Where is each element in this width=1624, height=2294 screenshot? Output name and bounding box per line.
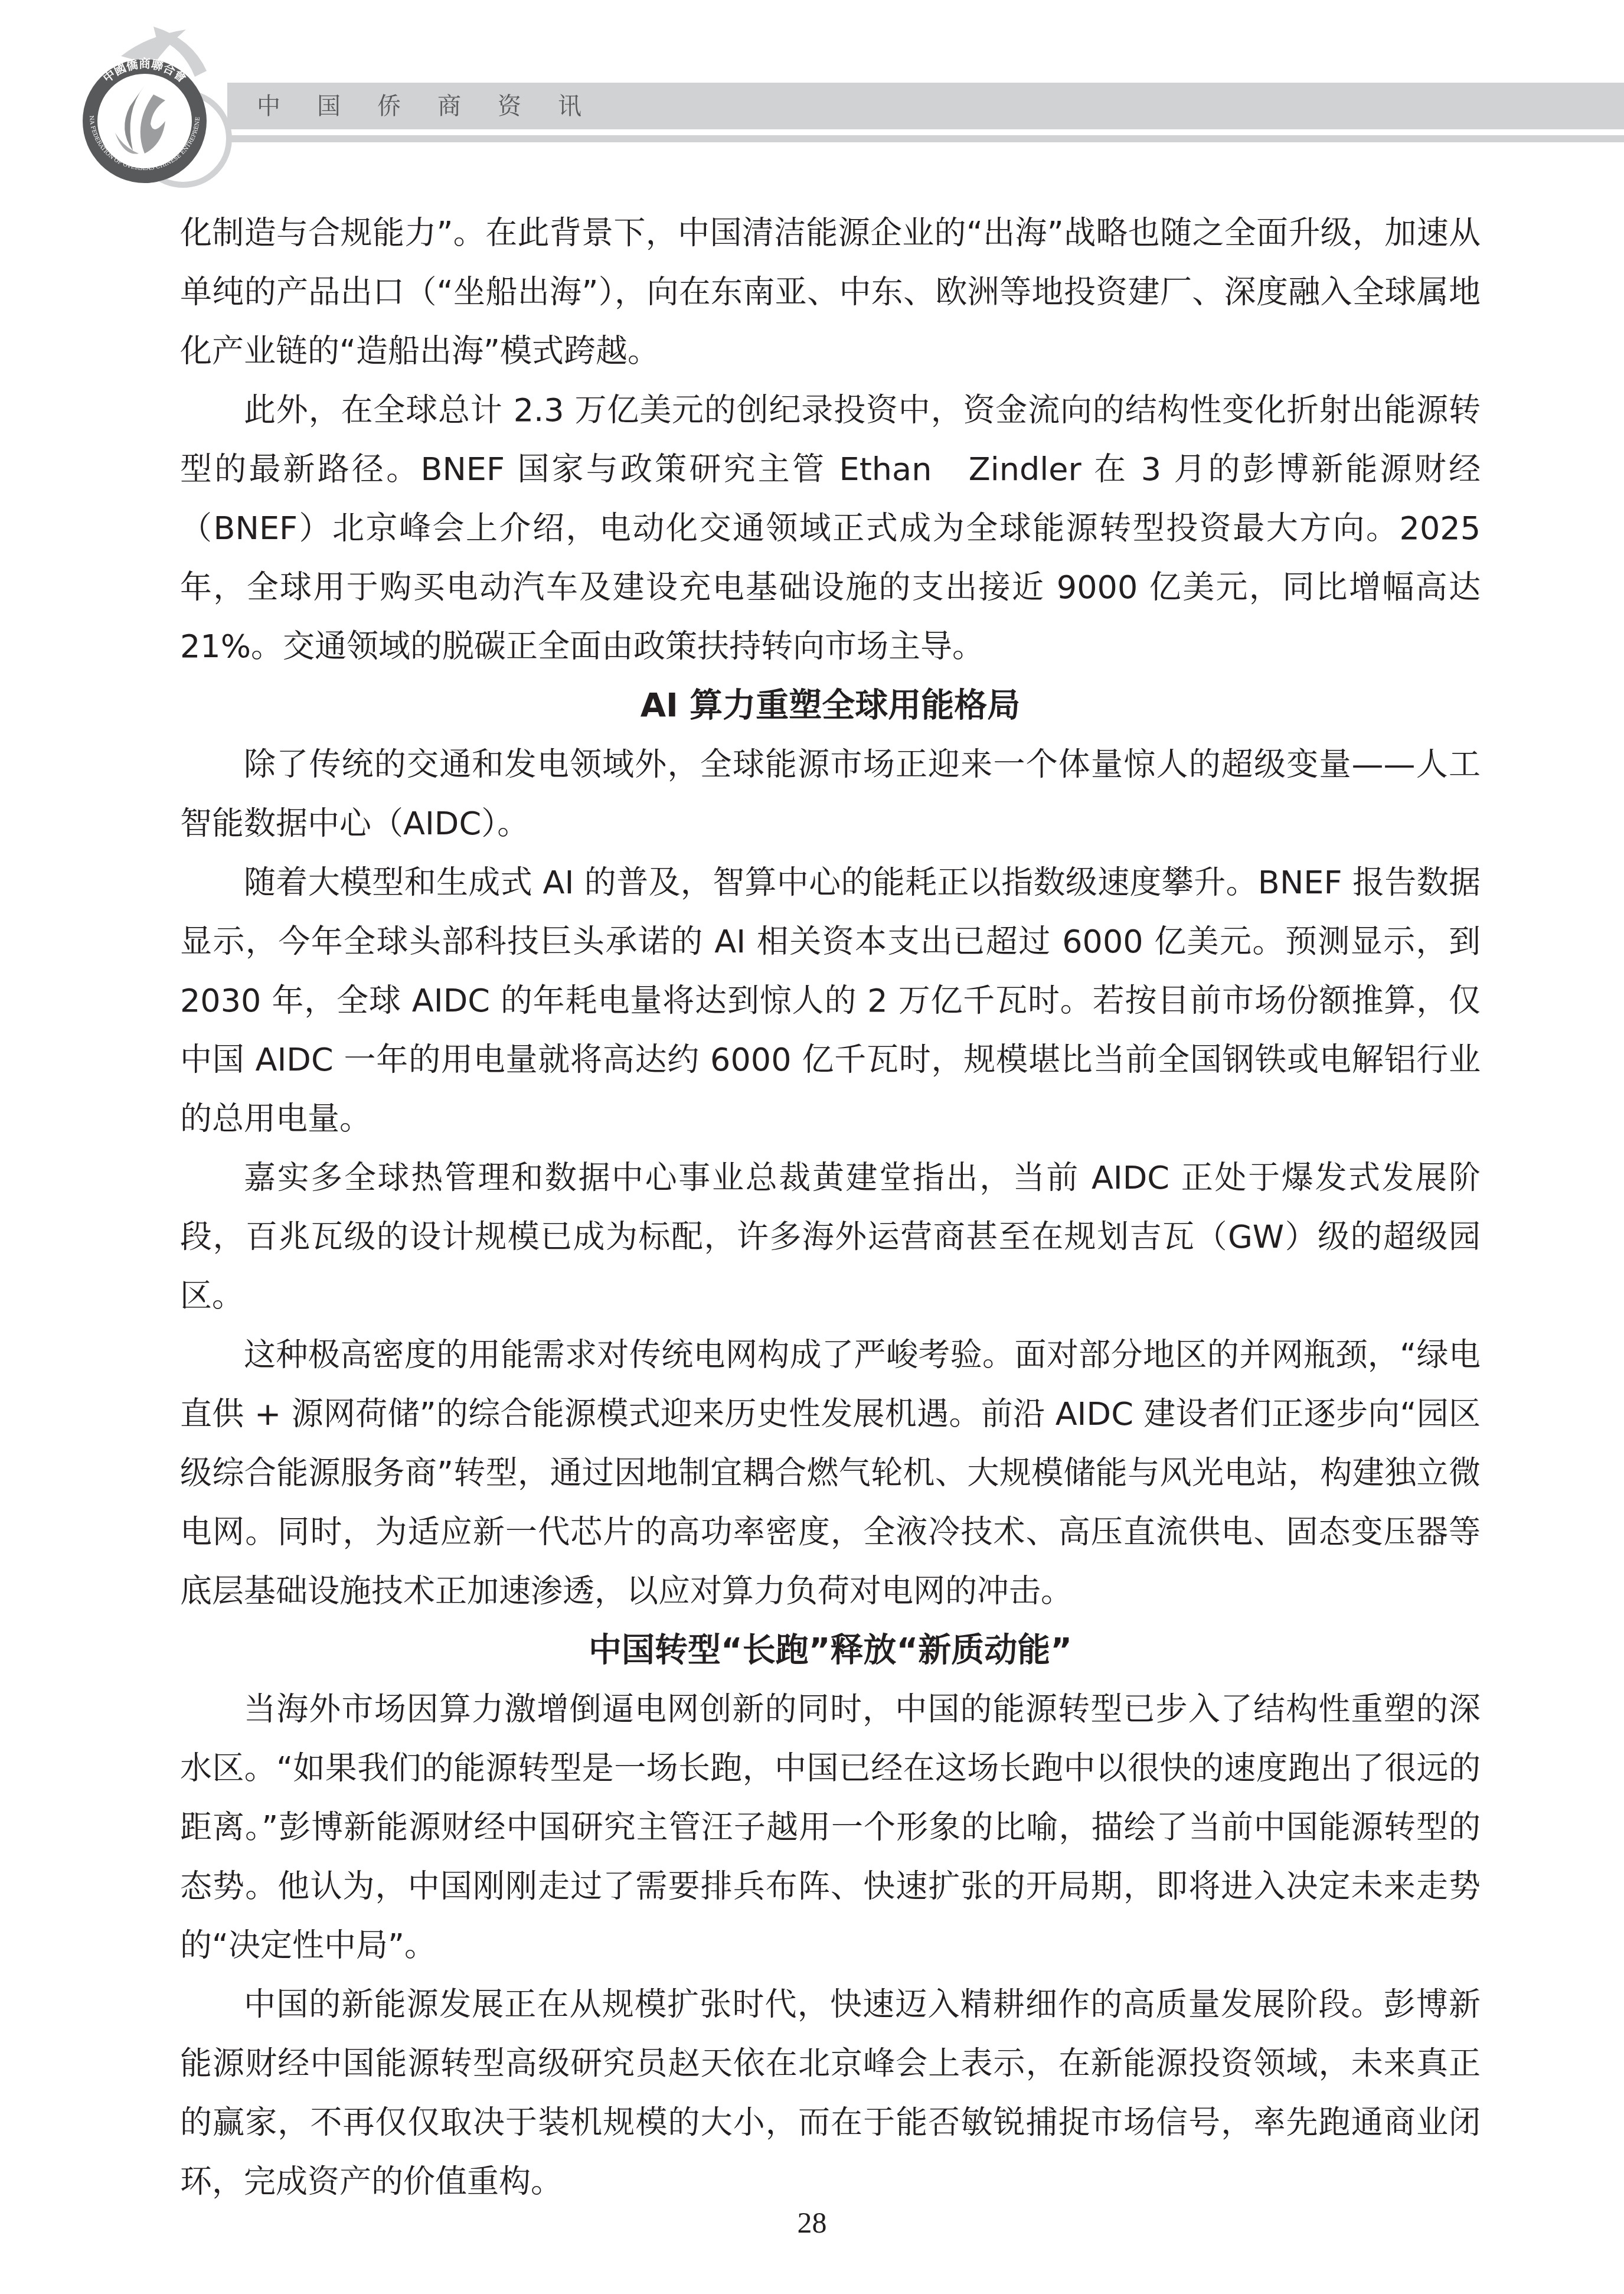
paragraph: 化制造与合规能力”。在此背景下，中国清洁能源企业的“出海”战略也随之全面升级，加… bbox=[180, 204, 1481, 381]
paragraph: 除了传统的交通和发电领域外，全球能源市场正迎来一个体量惊人的超级变量——人工智能… bbox=[180, 735, 1481, 853]
publication-title: 中国侨商资讯 bbox=[257, 89, 618, 124]
section-heading: AI 算力重塑全球用能格局 bbox=[180, 676, 1481, 735]
header-divider-strip bbox=[227, 135, 1624, 142]
paragraph: 这种极高密度的用能需求对传统电网构成了严峻考验。面对部分地区的并网瓶颈，“绿电直… bbox=[180, 1326, 1481, 1621]
section-heading: 中国转型“长跑”释放“新质动能” bbox=[180, 1621, 1481, 1680]
paragraph: 随着大模型和生成式 AI 的普及，智算中心的能耗正以指数级速度攀升。BNEF 报… bbox=[180, 853, 1481, 1148]
paragraph: 当海外市场因算力激增倒逼电网创新的同时，中国的能源转型已步入了结构性重塑的深水区… bbox=[180, 1680, 1481, 1975]
article-body: 化制造与合规能力”。在此背景下，中国清洁能源企业的“出海”战略也随之全面升级，加… bbox=[180, 204, 1481, 2211]
paragraph: 嘉实多全球热管理和数据中心事业总裁黄建堂指出，当前 AIDC 正处于爆发式发展阶… bbox=[180, 1148, 1481, 1326]
paragraph: 中国的新能源发展正在从规模扩张时代，快速迈入精耕细作的高质量发展阶段。彭博新能源… bbox=[180, 1975, 1481, 2211]
federation-logo-icon: 中國僑商聯合會 CHINA FEDERATION OF OVERSEAS CHI… bbox=[65, 12, 242, 189]
page-number: 28 bbox=[0, 2205, 1624, 2240]
paragraph: 此外，在全球总计 2.3 万亿美元的创纪录投资中，资金流向的结构性变化折射出能源… bbox=[180, 381, 1481, 676]
